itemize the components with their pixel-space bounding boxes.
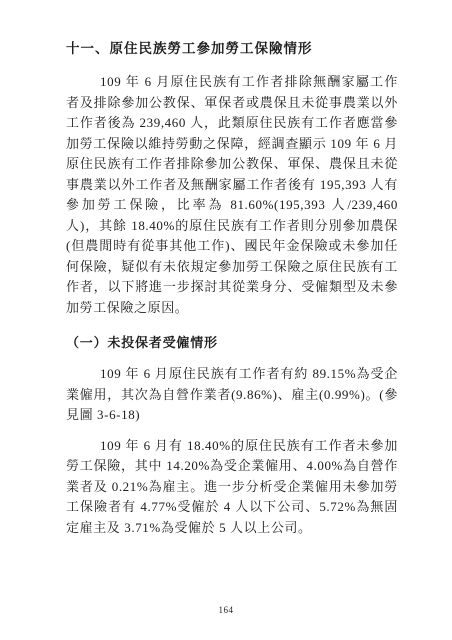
page-footer: 164 bbox=[0, 600, 452, 618]
subsection-title: （一）未投保者受僱情形 bbox=[66, 334, 398, 352]
page-content: 十一、原住民族勞工參加勞工保險情形 109 年 6 月原住民族有工作者排除無酬家… bbox=[66, 40, 398, 538]
paragraph-insurance-overview: 109 年 6 月原住民族有工作者排除無酬家屬工作者及排除參加公教保、軍保者或農… bbox=[66, 72, 398, 318]
paragraph-employment-type: 109 年 6 月原住民族有工作者有約 89.15%為受企業僱用，其次為自營作業… bbox=[66, 364, 398, 426]
document-page: 十一、原住民族勞工參加勞工保險情形 109 年 6 月原住民族有工作者排除無酬家… bbox=[0, 0, 452, 640]
page-number: 164 bbox=[219, 605, 234, 615]
paragraph-uninsured-breakdown: 109 年 6 月有 18.40%的原住民族有工作者未參加勞工保險，其中 14.… bbox=[66, 436, 398, 539]
section-title: 十一、原住民族勞工參加勞工保險情形 bbox=[66, 40, 398, 58]
